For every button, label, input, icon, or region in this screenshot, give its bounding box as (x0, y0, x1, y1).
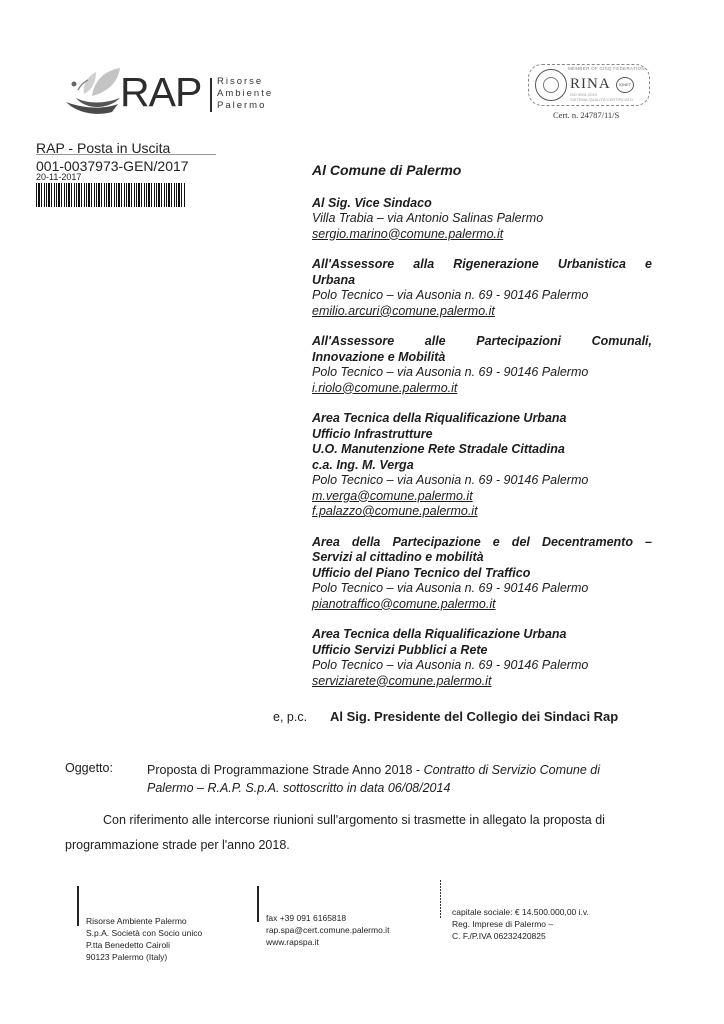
rina-seal-inner (543, 77, 559, 93)
subject-plain: Proposta di Programmazione Strade Anno 2… (147, 763, 424, 777)
cc-recipient: Al Sig. Presidente del Collegio dei Sind… (330, 709, 618, 724)
recipient-address: Polo Tecnico – via Ausonia n. 69 - 90146… (312, 658, 652, 674)
recipient-address: Polo Tecnico – via Ausonia n. 69 - 90146… (312, 288, 652, 304)
logo-subtitle-line: Ambiente (217, 88, 273, 100)
recipient-name: c.a. Ing. M. Verga (312, 458, 652, 474)
recipient-name: Servizi al cittadino e mobilità (312, 550, 652, 566)
protocol-date: 20-11-2017 (36, 172, 81, 182)
iqnet-badge-icon: IQNET (616, 77, 634, 93)
footer-company: Risorse Ambiente Palermo S.p.A. Società … (86, 915, 202, 963)
recipient-email-link[interactable]: m.verga@comune.palermo.it (312, 489, 652, 505)
recipient-name: All'Assessore alle Partecipazioni Comuna… (312, 334, 652, 350)
footer-fax: fax +39 091 6165818 (266, 912, 389, 924)
recipient-block: Area Tecnica della Riqualificazione Urba… (312, 411, 652, 520)
recipient-name: Ufficio Infrastrutture (312, 427, 652, 443)
recipients: Al Comune di Palermo Al Sig. Vice Sindac… (312, 163, 652, 704)
subject-text: Proposta di Programmazione Strade Anno 2… (147, 761, 637, 797)
recipient-address: Polo Tecnico – via Ausonia n. 69 - 90146… (312, 581, 652, 597)
logo-subtitle-line: Palermo (217, 100, 273, 112)
logo-divider (210, 78, 212, 112)
recipient-email-link[interactable]: emilio.arcuri@comune.palermo.it (312, 304, 652, 320)
footer-line: capitale sociale: € 14.500.000,00 i.v. (452, 906, 589, 918)
footer-email-link[interactable]: rap.spa@cert.comune.palermo.it (266, 924, 389, 936)
recipient-block: All'Assessore alle Partecipazioni Comuna… (312, 334, 652, 396)
recipient-email-link[interactable]: sergio.marino@comune.palermo.it (312, 227, 652, 243)
cc-label: e, p.c. (273, 710, 307, 724)
barcode-icon (36, 183, 186, 207)
recipient-name: Innovazione e Mobilità (312, 350, 652, 366)
recipient-address: Polo Tecnico – via Ausonia n. 69 - 90146… (312, 473, 652, 489)
logo-subtitle: Risorse Ambiente Palermo (217, 76, 273, 112)
recipient-address: Polo Tecnico – via Ausonia n. 69 - 90146… (312, 365, 652, 381)
recipient-name: Ufficio Servizi Pubblici a Rete (312, 643, 652, 659)
footer-website-link[interactable]: www.rapspa.it (266, 936, 389, 948)
rina-small-line: SISTEMA QUALITÀ CERTIFICATO (570, 97, 633, 102)
footer-contacts: fax +39 091 6165818 rap.spa@cert.comune.… (266, 912, 389, 948)
footer-legal: capitale sociale: € 14.500.000,00 i.v. R… (452, 906, 589, 942)
footer-line: P.tta Benedetto Cairoli (86, 939, 202, 951)
recipient-block: All'Assessore alla Rigenerazione Urbanis… (312, 257, 652, 319)
recipient-name: All'Assessore alla Rigenerazione Urbanis… (312, 257, 652, 273)
recipient-name: U.O. Manutenzione Rete Stradale Cittadin… (312, 442, 652, 458)
recipient-name: Area Tecnica della Riqualificazione Urba… (312, 627, 652, 643)
recipient-block: Area Tecnica della Riqualificazione Urba… (312, 627, 652, 689)
footer-divider (77, 886, 79, 926)
recipient-email-link[interactable]: f.palazzo@comune.palermo.it (312, 504, 652, 520)
recipient-name: Area della Partecipazione e del Decentra… (312, 535, 652, 551)
subject-label: Oggetto: (65, 761, 113, 775)
certificate-number: Cert. n. 24787/11/S (553, 110, 619, 120)
footer-line: 90123 Palermo (Italy) (86, 951, 202, 963)
footer-divider (257, 886, 259, 922)
protocol-rule (36, 154, 216, 155)
rina-top-text: MEMBER OF CISQ FEDERATION (568, 66, 645, 71)
rina-small-text: ISO 9001:2015 SISTEMA QUALITÀ CERTIFICAT… (570, 92, 633, 102)
recipient-name: Urbana (312, 273, 652, 289)
recipient-email-link[interactable]: serviziarete@comune.palermo.it (312, 674, 652, 690)
recipient-name: Al Sig. Vice Sindaco (312, 196, 652, 212)
footer-line: Risorse Ambiente Palermo (86, 915, 202, 927)
footer-divider (440, 880, 441, 918)
logo-wordmark: RAP (120, 72, 201, 113)
recipient-name: Ufficio del Piano Tecnico del Traffico (312, 566, 652, 582)
recipient-email-link[interactable]: pianotraffico@comune.palermo.it (312, 597, 652, 613)
footer-line: S.p.A. Società con Socio unico (86, 927, 202, 939)
logo-subtitle-line: Risorse (217, 76, 273, 88)
recipient-address: Villa Trabia – via Antonio Salinas Paler… (312, 211, 652, 227)
recipient-email-link[interactable]: i.riolo@comune.palermo.it (312, 381, 652, 397)
footer-line: C. F./P.IVA 06232420825 (452, 930, 589, 942)
recipient-block: Al Sig. Vice SindacoVilla Trabia – via A… (312, 196, 652, 243)
recipient-block: Area della Partecipazione e del Decentra… (312, 535, 652, 613)
recipient-name: Area Tecnica della Riqualificazione Urba… (312, 411, 652, 427)
main-recipient: Al Comune di Palermo (312, 163, 652, 179)
rina-brand: RINA (570, 76, 611, 93)
body-paragraph: Con riferimento alle intercorse riunioni… (65, 808, 655, 858)
footer-line: Reg. Imprese di Palermo – (452, 918, 589, 930)
